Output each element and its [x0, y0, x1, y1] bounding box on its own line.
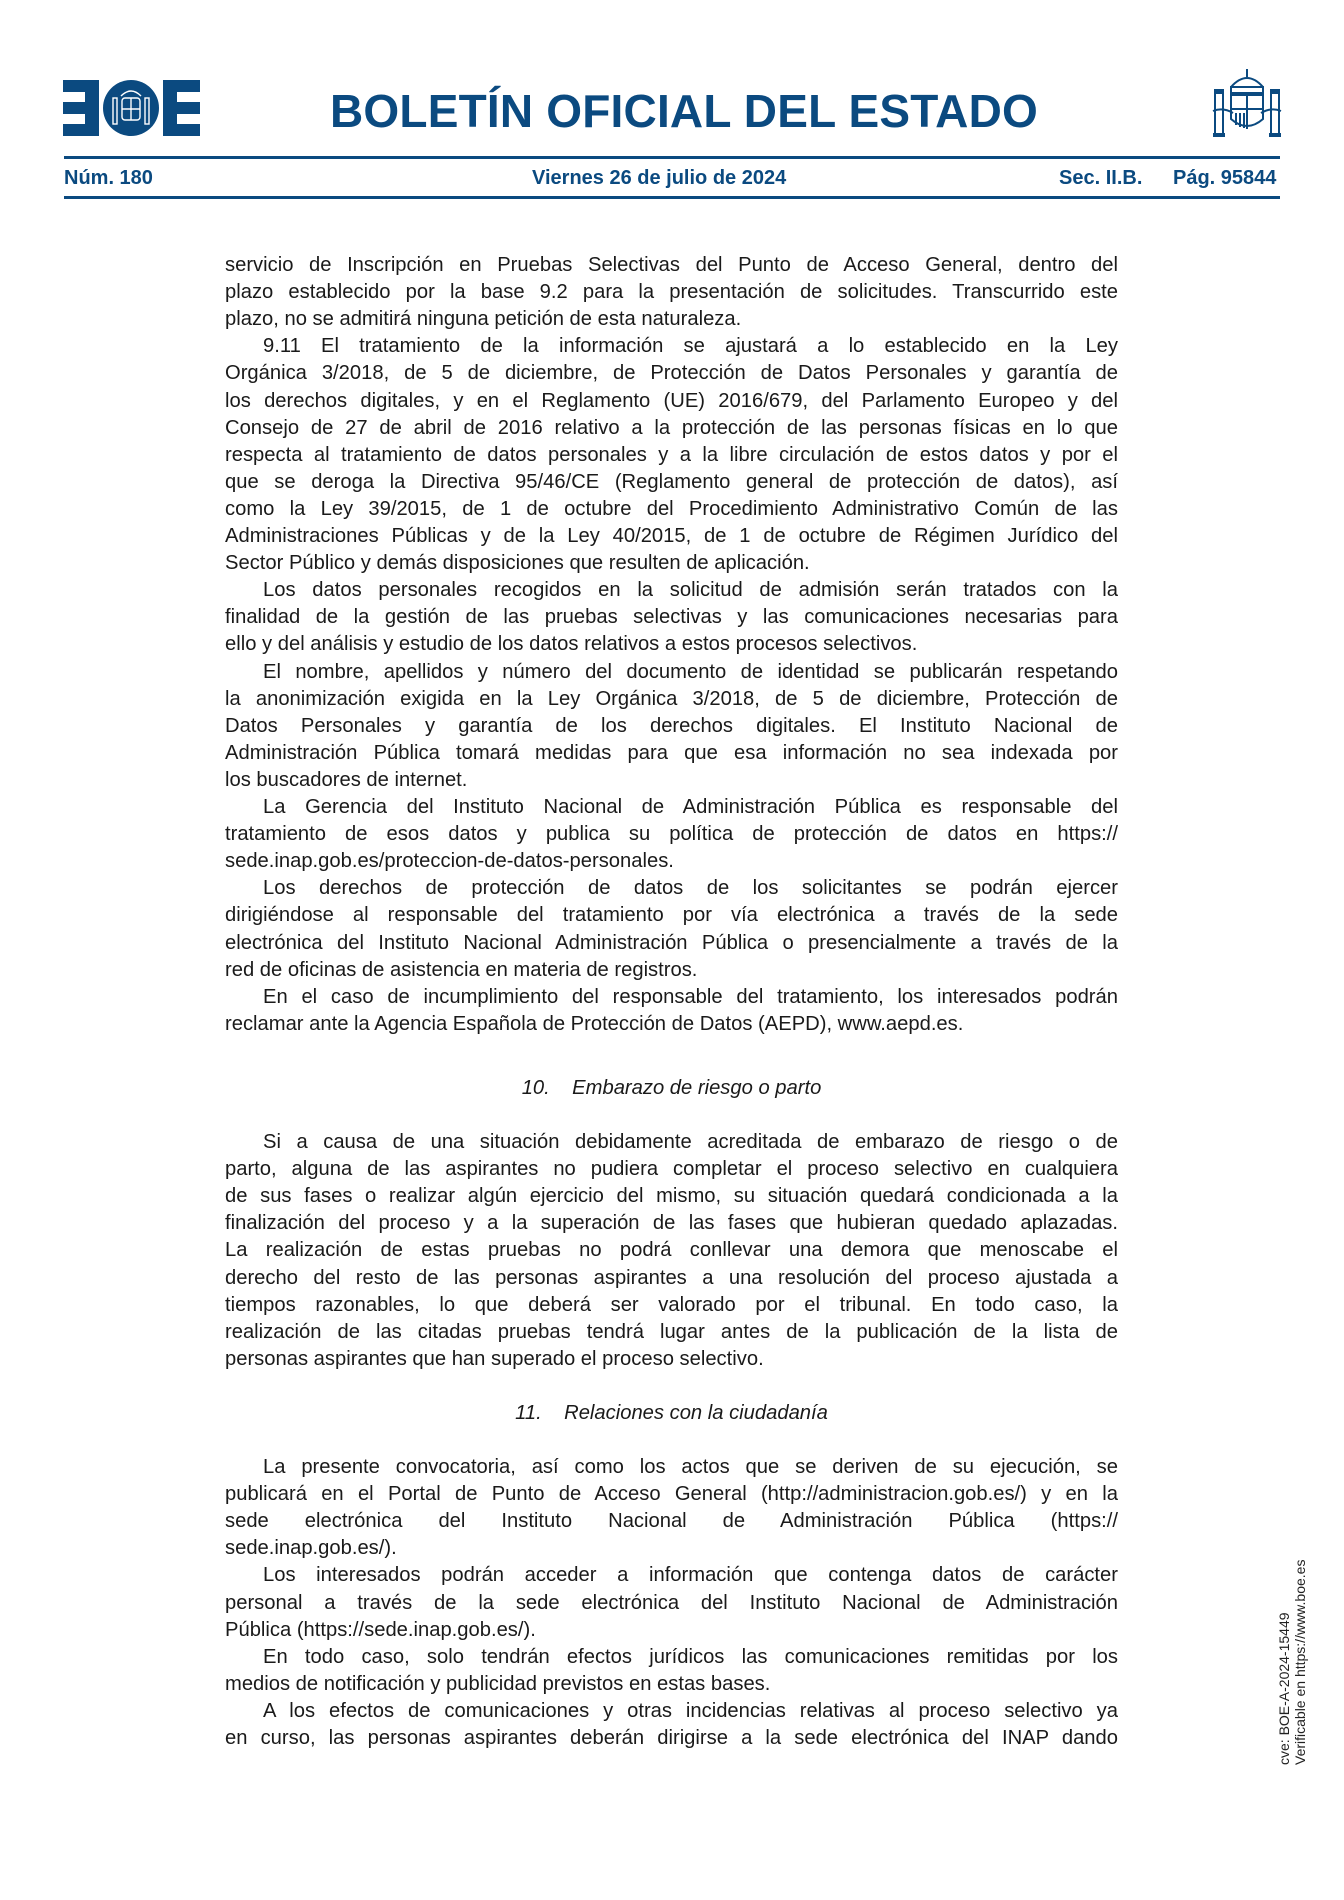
- document-body: servicio de Inscripción en Pruebas Selec…: [225, 0, 1118, 1900]
- body-line: respecta al tratamiento de datos persona…: [225, 442, 1118, 469]
- body-line: Consejo de 27 de abril de 2016 relativo …: [225, 415, 1118, 442]
- issue-number: Núm. 180: [64, 166, 153, 190]
- body-line: Los derechos de protección de datos de l…: [225, 875, 1118, 902]
- body-line: finalización del proceso y a la superaci…: [225, 1210, 1118, 1237]
- section-heading: 11. Relaciones con la ciudadanía: [225, 1400, 1118, 1427]
- body-line: sede electrónica del Instituto Nacional …: [225, 1508, 1118, 1535]
- body-line: A los efectos de comunicaciones y otras …: [225, 1698, 1118, 1725]
- verification-note: cve: BOE-A-2024-15449 Verificable en htt…: [1276, 1560, 1308, 1765]
- body-line: Si a causa de una situación debidamente …: [225, 1129, 1118, 1156]
- page-number: Pág. 95844: [1173, 166, 1276, 190]
- body-line: reclamar ante la Agencia Española de Pro…: [225, 1011, 1118, 1038]
- body-line: 9.11 El tratamiento de la información se…: [225, 333, 1118, 360]
- body-line: red de oficinas de asistencia en materia…: [225, 957, 1118, 984]
- body-line: parto, alguna de las aspirantes no pudie…: [225, 1156, 1118, 1183]
- body-line: de sus fases o realizar algún ejercicio …: [225, 1183, 1118, 1210]
- body-line: electrónica del Instituto Nacional Admin…: [225, 930, 1118, 957]
- body-line: En todo caso, solo tendrán efectos juríd…: [225, 1644, 1118, 1671]
- body-line: personal a través de la sede electrónica…: [225, 1590, 1118, 1617]
- body-line: dirigiéndose al responsable del tratamie…: [225, 902, 1118, 929]
- body-line: publicará en el Portal de Punto de Acces…: [225, 1481, 1118, 1508]
- section-heading: 10. Embarazo de riesgo o parto: [225, 1075, 1118, 1102]
- body-line: La presente convocatoria, así como los a…: [225, 1454, 1118, 1481]
- body-line: Los interesados podrán acceder a informa…: [225, 1562, 1118, 1589]
- body-line: Administraciones Públicas y de la Ley 40…: [225, 523, 1118, 550]
- body-line: sede.inap.gob.es/proteccion-de-datos-per…: [225, 848, 1118, 875]
- body-line: tratamiento de esos datos y publica su p…: [225, 821, 1118, 848]
- body-line: El nombre, apellidos y número del docume…: [225, 659, 1118, 686]
- body-line: sede.inap.gob.es/).: [225, 1535, 1118, 1562]
- coat-of-arms-icon: [1211, 67, 1283, 141]
- body-line: los buscadores de internet.: [225, 767, 1118, 794]
- body-line: finalidad de la gestión de las pruebas s…: [225, 604, 1118, 631]
- body-line: en curso, las personas aspirantes deberá…: [225, 1725, 1118, 1752]
- body-line: que se deroga la Directiva 95/46/CE (Reg…: [225, 469, 1118, 496]
- cve-code: cve: BOE-A-2024-15449: [1276, 1560, 1292, 1765]
- body-line: tiempos razonables, lo que deberá ser va…: [225, 1292, 1118, 1319]
- body-line: ello y del análisis y estudio de los dat…: [225, 631, 1118, 658]
- body-line: medios de notificación y publicidad prev…: [225, 1671, 1118, 1698]
- body-line: Orgánica 3/2018, de 5 de diciembre, de P…: [225, 360, 1118, 387]
- verification-url: Verificable en https://www.boe.es: [1292, 1560, 1308, 1765]
- body-line: En el caso de incumplimiento del respons…: [225, 984, 1118, 1011]
- body-line: plazo establecido por la base 9.2 para l…: [225, 279, 1118, 306]
- body-line: La realización de estas pruebas no podrá…: [225, 1237, 1118, 1264]
- body-line: Administración Pública tomará medidas pa…: [225, 740, 1118, 767]
- body-line: plazo, no se admitirá ninguna petición d…: [225, 306, 1118, 333]
- body-line: realización de las citadas pruebas tendr…: [225, 1319, 1118, 1346]
- boe-logo: [63, 80, 200, 136]
- body-line: como la Ley 39/2015, de 1 de octubre del…: [225, 496, 1118, 523]
- body-line: Sector Público y demás disposiciones que…: [225, 550, 1118, 577]
- body-line: Los datos personales recogidos en la sol…: [225, 577, 1118, 604]
- body-line: derecho del resto de las personas aspira…: [225, 1265, 1118, 1292]
- body-line: los derechos digitales, y en el Reglamen…: [225, 388, 1118, 415]
- body-line: Pública (https://sede.inap.gob.es/).: [225, 1617, 1118, 1644]
- body-line: la anonimización exigida en la Ley Orgán…: [225, 686, 1118, 713]
- body-line: Datos Personales y garantía de los derec…: [225, 713, 1118, 740]
- body-line: La Gerencia del Instituto Nacional de Ad…: [225, 794, 1118, 821]
- body-line: personas aspirantes que han superado el …: [225, 1346, 1118, 1373]
- body-line: servicio de Inscripción en Pruebas Selec…: [225, 252, 1118, 279]
